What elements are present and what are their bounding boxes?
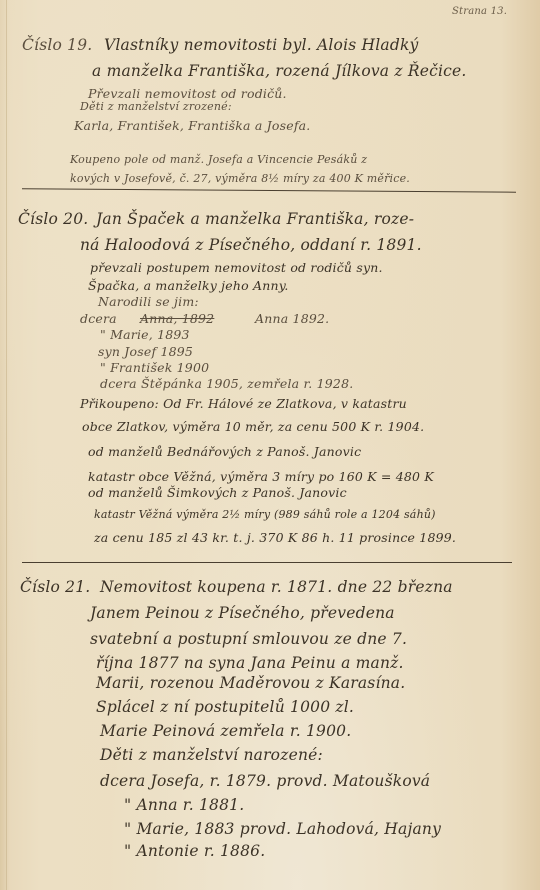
entry-20-line: dcera [80, 311, 117, 326]
entry-21-line: Děti z manželství narozené: [100, 746, 323, 764]
entry-20-line: katastr obce Věžná, výměra 3 míry po 160… [88, 469, 434, 484]
entry-20-line: ná Haloodová z Písečného, oddaní r. 1891… [80, 236, 422, 254]
entry-21-heading: Číslo 21. [20, 578, 90, 596]
entry-20-line: za cenu 185 zl 43 kr. t. j. 370 K 86 h. … [94, 530, 456, 545]
entry-21-line: Janem Peinou z Písečného, převedena [90, 604, 395, 622]
entry-19-line: Převzali nemovitost od rodičů. [88, 86, 287, 101]
entry-20-line: od manželů Šimkových z Panoš. Janovic [88, 485, 347, 500]
entry-21-line: Splácel z ní postupitelů 1000 zl. [96, 698, 354, 716]
entry-21-line: Marie Peinová zemřela r. 1900. [100, 722, 351, 740]
entry-21-line: dcera Josefa, r. 1879. provd. Matoušková [100, 772, 430, 790]
entry-19-heading: Číslo 19. [22, 36, 92, 54]
entry-20-line: obce Zlatkov, výměra 10 měr, za cenu 500… [82, 419, 424, 434]
entry-20-line: od manželů Bednářových z Panoš. Janovic [88, 444, 361, 459]
entry-20-line: dcera Štěpánka 1905, zemřela r. 1928. [100, 376, 353, 391]
entry-21-line: " Marie, 1883 provd. Lahodová, Hajany [124, 820, 441, 838]
section-divider [22, 188, 516, 192]
entry-21-line: října 1877 na syna Jana Peinu a manž. [96, 654, 404, 672]
entry-21-line: " Anna r. 1881. [124, 796, 244, 814]
entry-19-line: kových v Josefově, č. 27, výměra 8½ míry… [70, 172, 410, 185]
entry-20-line: " Marie, 1893 [100, 327, 190, 342]
entry-21-line: Marii, rozenou Maděrovou z Karasína. [96, 674, 405, 692]
entry-20-line: převzali postupem nemovitost od rodičů s… [90, 260, 383, 275]
entry-19-line: Koupeno pole od manž. Josefa a Vincencie… [70, 153, 367, 166]
entry-19-line: Vlastníky nemovitosti byl. Alois Hladký [104, 36, 419, 54]
entry-20-heading: Číslo 20. [18, 210, 88, 228]
entry-20-line: " František 1900 [100, 360, 209, 375]
entry-20-line: Narodili se jim: [98, 294, 199, 309]
entry-20-line: Špačka, a manželky jeho Anny. [88, 278, 289, 293]
entry-20-line: Jan Špaček a manželka Františka, roze- [96, 210, 414, 228]
struck-out-text: Anna, 1892 [140, 311, 214, 326]
entry-19-line: Karla, František, Františka a Josefa. [74, 118, 310, 133]
entry-20-line: Anna 1892. [255, 311, 329, 326]
entry-21-line: svatební a postupní smlouvou ze dne 7. [90, 630, 407, 648]
section-divider [22, 562, 512, 563]
ledger-page: Strana 13. Číslo 19. Vlastníky nemovitos… [0, 0, 540, 890]
entry-21-line: " Antonie r. 1886. [124, 842, 265, 860]
page-number: Strana 13. [452, 6, 507, 17]
entry-20-line: syn Josef 1895 [98, 344, 193, 359]
entry-21-line: Nemovitost koupena r. 1871. dne 22 březn… [100, 578, 453, 596]
entry-19-line: Děti z manželství zrozené: [80, 100, 232, 113]
entry-20-line: Přikoupeno: Od Fr. Hálové ze Zlatkova, v… [80, 396, 407, 411]
entry-20-line: katastr Věžná výměra 2½ míry (989 sáhů r… [94, 508, 436, 521]
entry-19-line: a manželka Františka, rozená Jílkova z Ř… [92, 62, 467, 80]
